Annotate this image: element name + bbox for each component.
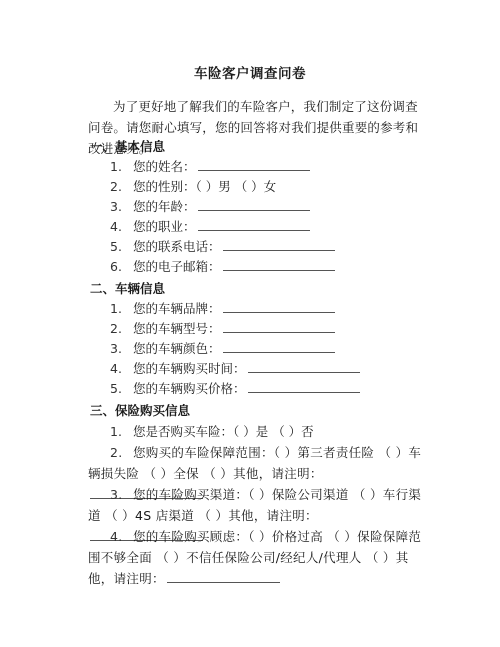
question-number: 1.: [110, 157, 133, 177]
age-answer-field[interactable]: [198, 198, 310, 211]
question-number: 3.: [110, 339, 133, 359]
phone-answer-field[interactable]: [223, 238, 335, 251]
question-number: 2.: [110, 442, 133, 463]
purchase-time-answer-field[interactable]: [248, 360, 360, 373]
question-vehicle-brand: 1.您的车辆品牌：: [110, 299, 335, 319]
question-number: 3.: [110, 197, 133, 217]
question-label: 您的电子邮箱：: [133, 259, 221, 274]
email-answer-field[interactable]: [223, 258, 335, 271]
question-label: 您的姓名：: [133, 159, 196, 174]
questionnaire-page: 车险客户调查问卷 为了更好地了解我们的车险客户，我们制定了这份调查问卷。请您耐心…: [0, 0, 500, 647]
question-age: 3.您的年龄：: [110, 197, 310, 217]
question-number: 1.: [110, 422, 133, 442]
vehicle-color-answer-field[interactable]: [223, 340, 335, 353]
question-number: 5.: [110, 237, 133, 257]
question-number: 1.: [110, 299, 133, 319]
question-bought-insurance: 1.您是否购买车险：（ ）是 （ ）否: [110, 422, 314, 442]
question-occupation: 4.您的职业：: [110, 217, 310, 237]
question-label[interactable]: 您是否购买车险：（ ）是 （ ）否: [133, 424, 314, 439]
occupation-answer-field[interactable]: [198, 218, 310, 231]
question-label[interactable]: 您的性别：（ ）男 （ ）女: [133, 179, 276, 194]
section-heading-basic-info: 一、基本信息: [90, 137, 165, 157]
concerns-other-answer-field[interactable]: [167, 570, 280, 583]
question-label: 您的职业：: [133, 219, 196, 234]
question-purchase-concerns: 4.您的车险购买顾虑：（ ）价格过高 （ ）保险保障范围不够全面 （ ）不信任保…: [88, 526, 428, 589]
question-number: 2.: [110, 319, 133, 339]
question-number: 4.: [110, 359, 133, 379]
question-number: 4.: [110, 217, 133, 237]
question-number: 3.: [110, 484, 133, 505]
question-gender: 2.您的性别：（ ）男 （ ）女: [110, 177, 276, 197]
question-vehicle-color: 3.您的车辆颜色：: [110, 339, 335, 359]
question-label: 您的车辆颜色：: [133, 341, 221, 356]
question-number: 2.: [110, 177, 133, 197]
purchase-price-answer-field[interactable]: [248, 380, 360, 393]
question-label: 您的联系电话：: [133, 239, 221, 254]
question-number: 6.: [110, 257, 133, 277]
question-label: 您的车辆型号：: [133, 321, 221, 336]
question-vehicle-model: 2.您的车辆型号：: [110, 319, 335, 339]
question-phone: 5.您的联系电话：: [110, 237, 335, 257]
question-label[interactable]: 您购买的车险保障范围：（ ）第三者责任险 （ ）车辆损失险 （ ）全保 （ ）其…: [88, 445, 421, 481]
section-heading-vehicle-info: 二、车辆信息: [90, 279, 165, 299]
question-label[interactable]: 您的车险购买渠道：（ ）保险公司渠道 （ ）车行渠道 （ ）4S 店渠道 （ ）…: [88, 487, 421, 523]
question-email: 6.您的电子邮箱：: [110, 257, 335, 277]
question-purchase-time: 4.您的车辆购买时间：: [110, 359, 360, 379]
section-heading-insurance-info: 三、保险购买信息: [90, 401, 190, 421]
question-label: 您的车辆购买价格：: [133, 381, 246, 396]
vehicle-brand-answer-field[interactable]: [223, 300, 335, 313]
question-label: 您的车辆品牌：: [133, 301, 221, 316]
question-purchase-price: 5.您的车辆购买价格：: [110, 379, 360, 399]
document-title: 车险客户调查问卷: [0, 62, 500, 82]
question-label: 您的车辆购买时间：: [133, 361, 246, 376]
name-answer-field[interactable]: [198, 158, 310, 171]
question-number: 5.: [110, 379, 133, 399]
question-label: 您的年龄：: [133, 199, 196, 214]
vehicle-model-answer-field[interactable]: [223, 320, 335, 333]
question-name: 1.您的姓名：: [110, 157, 310, 177]
question-number: 4.: [110, 526, 133, 547]
